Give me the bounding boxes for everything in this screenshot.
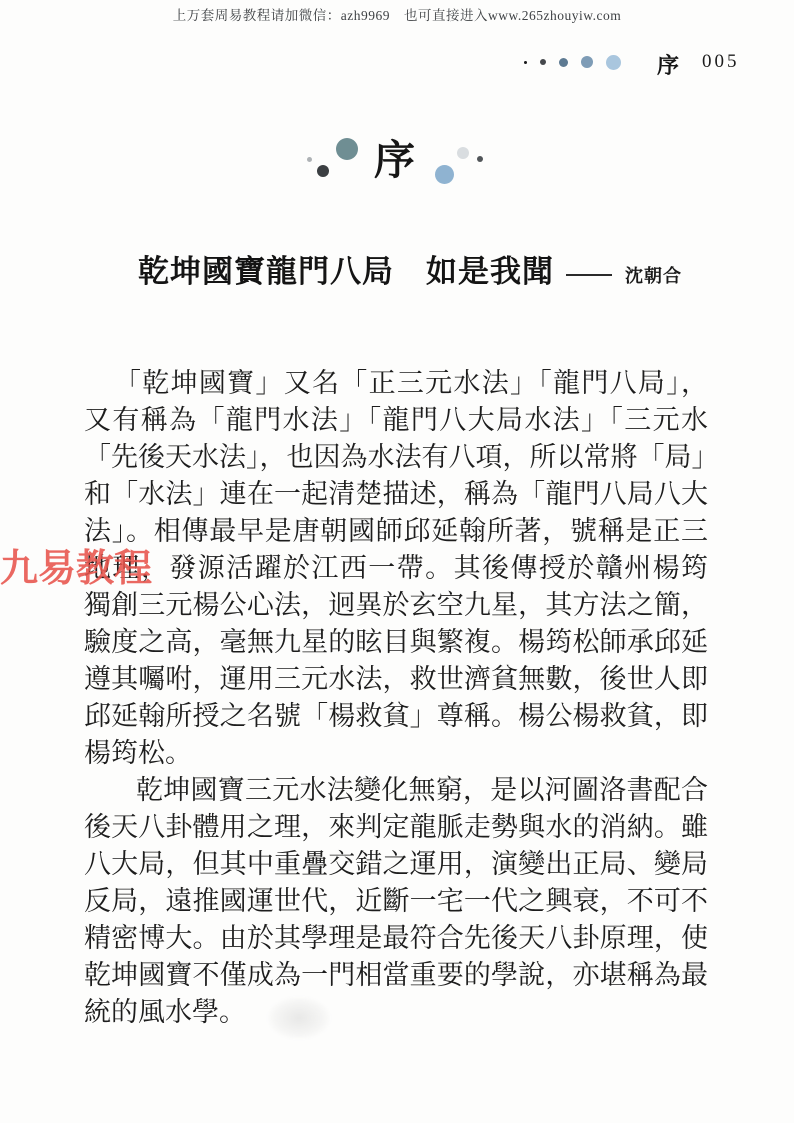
body-text-line: 又有稱為「龍門水法」「龍門八大局水法」「三元水法」 bbox=[84, 402, 708, 439]
deco-dot-icon bbox=[307, 157, 312, 162]
paragraph: 「乾坤國寶」又名「正三元水法」「龍門八局」，又有稱為「龍門水法」「龍門八大局水法… bbox=[84, 365, 708, 772]
body-text-line: 精密博大。由於其學理是最符合先後天八卦原理，使得 bbox=[84, 920, 708, 957]
body-text-line: 乾坤國寶三元水法變化無窮，是以河圖洛書配合先 bbox=[84, 772, 708, 809]
deco-dot-icon bbox=[317, 165, 329, 177]
body-text: 「乾坤國寶」又名「正三元水法」「龍門八局」，又有稱為「龍門水法」「龍門八大局水法… bbox=[84, 365, 708, 1031]
body-text-line: 法」。相傳最早是唐朝國師邱延翰所著，號稱是正三元 bbox=[84, 513, 708, 550]
page-header: 序 005 bbox=[0, 47, 794, 77]
header-dots-icon bbox=[524, 47, 621, 77]
author-name: 沈朝合 bbox=[625, 266, 682, 286]
paragraph: 乾坤國寶三元水法變化無窮，是以河圖洛書配合先後天八卦體用之理，來判定龍脈走勢與水… bbox=[84, 772, 708, 1031]
chapter-title-block: 序 bbox=[290, 128, 510, 198]
page-number: 005 bbox=[702, 51, 740, 73]
body-text-line: 獨創三元楊公心法，迥異於玄空九星，其方法之簡，應 bbox=[84, 587, 708, 624]
section-title: 乾坤國寶龍門八局 如是我聞 bbox=[138, 254, 554, 289]
deco-dot-icon bbox=[477, 156, 483, 162]
body-text-line: 驗度之高，毫無九星的眩目與繁複。楊筠松師承邱延翰， bbox=[84, 624, 708, 661]
body-text-line: 統的風水學。 bbox=[84, 994, 708, 1031]
running-head-chapter: 序 bbox=[657, 49, 679, 80]
dot-icon bbox=[524, 61, 527, 64]
body-text-line: 遵其囑咐，運用三元水法，救世濟貧無數，後世人即以 bbox=[84, 661, 708, 698]
body-text-line: 「乾坤國寶」又名「正三元水法」「龍門八局」， bbox=[84, 365, 708, 402]
body-text-line: 和「水法」連在一起清楚描述，稱為「龍門八局八大水 bbox=[84, 476, 708, 513]
dot-icon bbox=[606, 55, 621, 70]
body-text-line: 「先後天水法」，也因為水法有八項，所以常將「局」 bbox=[84, 439, 708, 476]
section-heading: 乾坤國寶龍門八局 如是我聞沈朝合 bbox=[138, 246, 758, 291]
deco-dot-icon bbox=[336, 138, 358, 160]
deco-dot-icon bbox=[457, 147, 469, 159]
body-text-line: 地理，發源活躍於江西一帶。其後傳授於贛州楊筠松， bbox=[84, 550, 708, 587]
dot-icon bbox=[559, 58, 568, 67]
chapter-title: 序 bbox=[374, 140, 415, 181]
dot-icon bbox=[581, 56, 593, 68]
smudge-artifact bbox=[268, 997, 330, 1039]
body-text-line: 反局，遠推國運世代，近斷一宅一代之興衰，不可不謂 bbox=[84, 883, 708, 920]
dot-icon bbox=[540, 59, 546, 65]
promo-banner-text: 上万套周易教程请加微信：azh9969 也可直接进入www.265zhouyiw… bbox=[0, 4, 794, 24]
body-text-line: 楊筠松。 bbox=[84, 735, 708, 772]
body-text-line: 乾坤國寶不僅成為一門相當重要的學說，亦堪稱為最正 bbox=[84, 957, 708, 994]
watermark-text: 九易教程 bbox=[0, 537, 152, 592]
body-text-line: 八大局，但其中重疊交錯之運用，演變出正局、變局與 bbox=[84, 846, 708, 883]
em-dash-rule bbox=[566, 274, 612, 276]
body-text-line: 後天八卦體用之理，來判定龍脈走勢與水的消納。雖言 bbox=[84, 809, 708, 846]
body-text-line: 邱延翰所授之名號「楊救貧」尊稱。楊公楊救貧，即是 bbox=[84, 698, 708, 735]
deco-dot-icon bbox=[435, 165, 454, 184]
book-page: { "top_banner": { "text": "上万套周易教程请加微信：a… bbox=[0, 0, 794, 1123]
